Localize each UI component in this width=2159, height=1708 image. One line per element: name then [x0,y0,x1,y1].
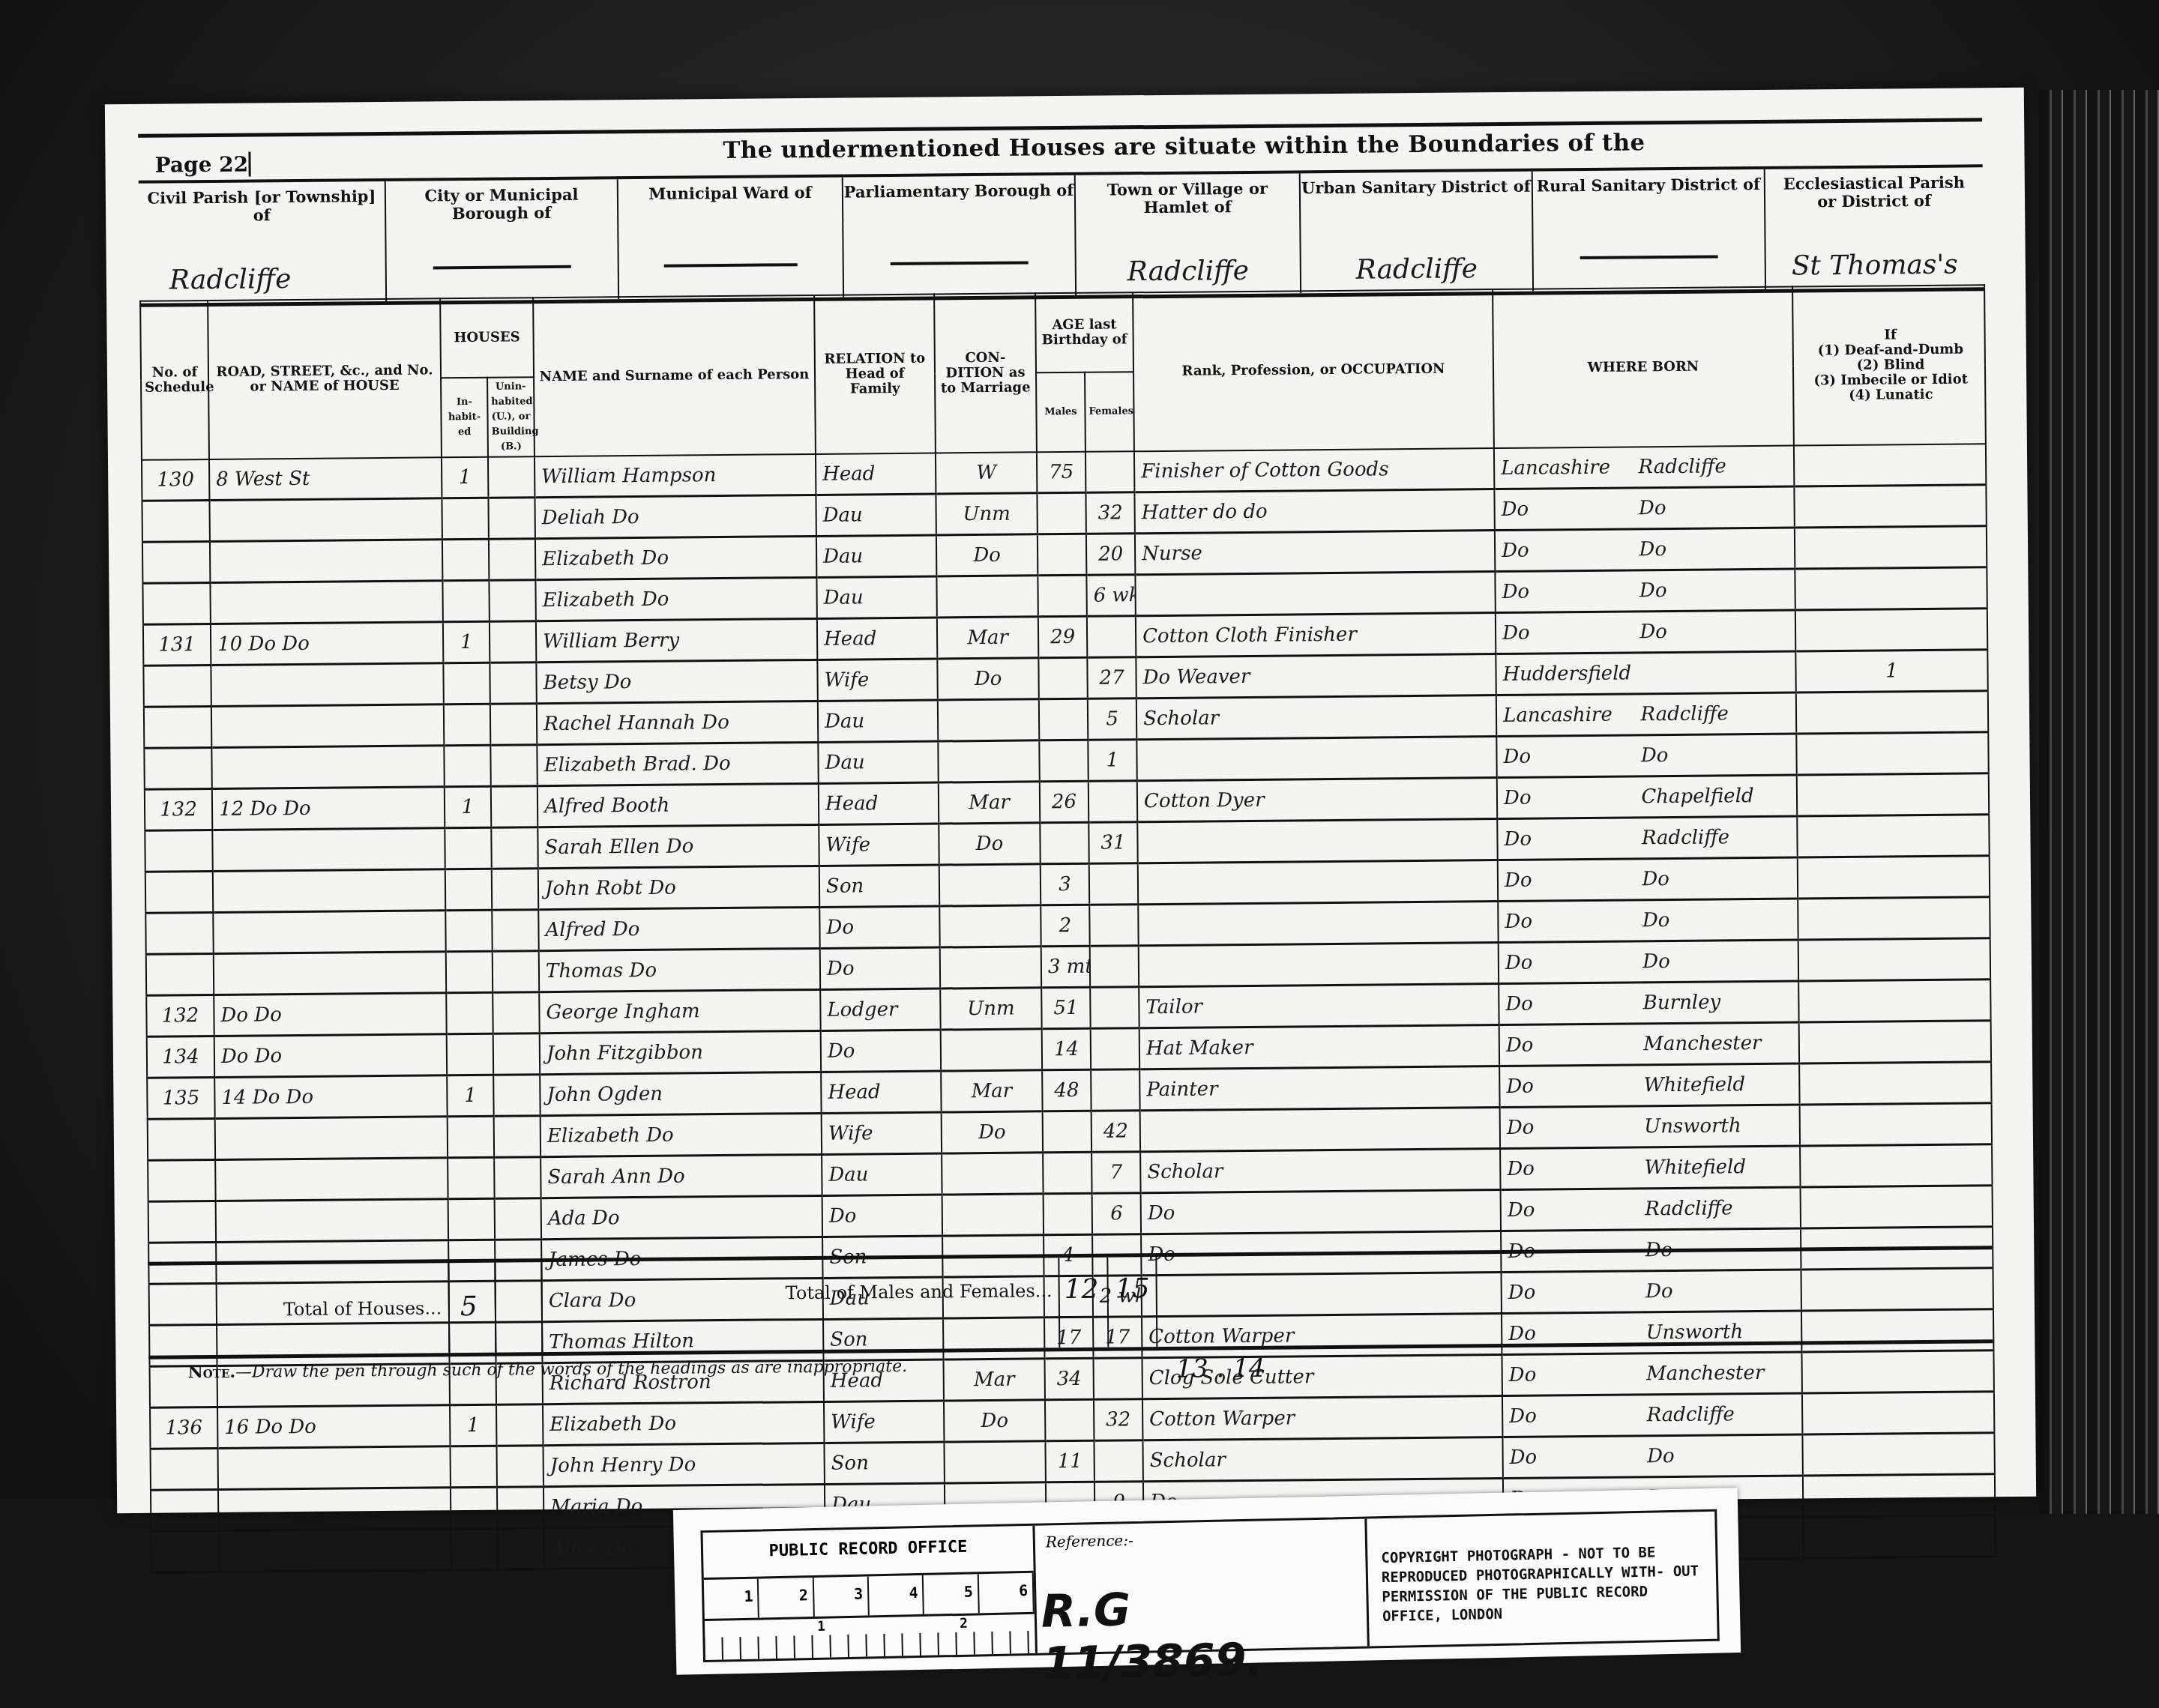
where-born-cell: DoRadcliffe [1502,1393,1802,1437]
name-cell: Ada Do [541,1195,822,1239]
female-age-cell: 32 [1085,492,1134,534]
infirmity-cell [1796,691,1988,734]
name-cell: Betsy Do [536,660,817,703]
relation-cell: Wife [822,1112,942,1154]
admin-label: Town or Village or Hamlet of [1076,173,1299,217]
inhabited-cell [447,1033,493,1075]
male-age-cell: 3 mths [1041,946,1090,988]
copyright-notice: COPYRIGHT PHOTOGRAPH - NOT TO BE REPRODU… [1367,1512,1717,1647]
infirmity-option: (3) Imbecile or Idiot [1800,372,1981,388]
male-age-cell [1038,534,1086,576]
occupation-cell: Finisher of Cotton Goods [1134,448,1494,492]
schedule-cell [145,912,213,954]
male-age-cell: 26 [1040,781,1088,823]
where-born-cell: DoDo [1496,734,1796,777]
infirmity-cell: 1 [1795,650,1987,692]
relation-cell: Head [819,782,939,824]
female-age-cell: 31 [1088,822,1137,864]
admin-label: Civil Parish [or Township] of [139,181,385,226]
born-place: Do [1641,744,1669,767]
address-cell [218,1446,451,1490]
census-sheet: Page 22 The undermentioned Houses are si… [138,118,1993,1437]
born-place: Radcliffe [1646,1403,1735,1426]
admin-ecclesiastical-parish: Ecclesiastical Parish or District of St … [1765,167,1984,289]
occupation-cell [1138,902,1498,946]
occupation-cell [1139,943,1499,987]
address-cell [212,828,445,872]
born-place: Unsworth [1644,1114,1741,1138]
admin-town-village: Town or Village or Hamlet of Radcliffe [1076,173,1301,295]
uninhabited-cell [493,992,539,1034]
scale-cm: 1 2 3 4 5 6 [704,1571,1035,1621]
condition-cell [940,947,1041,989]
born-county: Do [1506,1074,1644,1098]
admin-civil-parish: Civil Parish [or Township] of Radcliffe [139,181,387,304]
label-scale-panel: PUBLIC RECORD OFFICE 1 2 3 4 5 6 1 2 [702,1526,1037,1660]
condition-cell [936,576,1038,618]
relation-cell: Dau [816,576,936,618]
census-table: No. of Schedule ROAD, STREET, &c., and N… [139,284,1996,1573]
schedule-cell [142,542,210,584]
uninhabited-cell [497,1528,543,1570]
male-age-cell [1037,492,1085,534]
occupation-cell [1135,572,1495,616]
born-county: Do [1507,1156,1645,1180]
born-county: Lancashire [1501,456,1639,480]
male-age-cell [1039,740,1088,782]
condition-cell: Do [936,534,1038,576]
male-age-cell [1038,657,1087,699]
female-age-cell: 27 [1087,657,1136,699]
total-houses-label: Total of Houses... [283,1297,442,1320]
male-age-cell: 75 [1037,452,1085,493]
schedule-cell [144,747,211,789]
occupation-cell: Do Weaver [1136,654,1496,698]
schedule-cell [142,583,210,625]
admin-value: St Thomas's [1766,249,1984,282]
male-age-cell [1040,822,1088,864]
address-cell [211,704,444,748]
born-county: Do [1505,868,1642,892]
address-cell [218,1529,451,1572]
male-age-cell: 34 [1045,1358,1094,1400]
where-born-cell: DoDo [1498,857,1798,901]
condition-cell [938,740,1039,782]
admin-label: Rural Sanitary District of [1533,169,1764,196]
inhabited-cell [451,1528,497,1570]
occupation-cell [1140,1108,1500,1152]
inhabited-cell [448,1116,494,1158]
condition-cell [941,1029,1042,1071]
uninhabited-cell [495,1198,541,1240]
condition-cell [939,864,1041,906]
condition-cell: Do [942,1111,1043,1153]
occupation-cell: Scholar [1140,1149,1500,1193]
male-age-cell [1038,575,1086,617]
infirmity-option: (4) Lunatic [1800,387,1981,403]
where-born-cell: DoDo [1494,486,1794,530]
label-reference-panel: Reference:- R.G 11/3869. [1035,1519,1369,1653]
infirmity-cell [1802,1392,1994,1434]
inhabited-cell [442,580,489,622]
address-cell [214,952,446,995]
col-age: AGE last Birthday of [1035,292,1133,372]
admin-municipal-ward: Municipal Ward of [618,178,844,300]
uninhabited-cell [497,1487,543,1529]
inhabited-cell: 1 [450,1404,496,1446]
name-cell: Deliah Do [535,495,816,538]
occupation-cell: Hatter do do [1134,489,1494,534]
female-age-cell [1087,616,1136,658]
pro-title: PUBLIC RECORD OFFICE [703,1536,1033,1562]
relation-cell: Head [816,453,936,495]
inhabited-cell [442,539,489,581]
page-number: Page 22 [154,152,248,178]
address-cell [210,581,442,624]
relation-cell: Son [819,865,939,907]
schedule-cell [151,1489,218,1531]
address-cell: 14 Do Do [214,1075,447,1119]
col-relation: RELATION to Head of Family [814,295,936,454]
born-place: Whitefield [1645,1156,1747,1179]
male-age-cell [1043,1152,1091,1194]
infirmity-cell [1794,485,1986,528]
where-born-cell: DoDo [1498,899,1798,942]
admin-label: Urban Sanitary District of [1301,172,1532,198]
blank-line [663,263,798,268]
uninhabited-cell [490,704,537,746]
uninhabited-cell [488,498,535,540]
name-cell: George Ingham [539,989,820,1033]
schedule-cell [145,871,213,913]
name-cell: John Henry Do [543,1443,824,1486]
relation-cell: Head [821,1071,941,1113]
born-county: Do [1502,538,1639,562]
born-county: Do [1504,827,1642,851]
condition-cell [942,1153,1043,1195]
male-age-cell: 3 [1041,863,1089,905]
relation-cell: Do [821,1030,941,1072]
name-cell: Rachel Hannah Do [537,701,818,744]
admin-municipal-borough: City or Municipal Borough of [386,179,619,301]
inhabited-cell: 1 [442,457,488,498]
scale-tick: 4 [869,1575,924,1616]
admin-label: Municipal Ward of [618,178,842,204]
where-born-cell: DoDo [1496,610,1795,654]
admin-value: Radcliffe [1077,255,1300,288]
blank-line [890,261,1029,265]
address-cell: Do Do [214,993,446,1036]
condition-cell: Mar [941,1070,1042,1112]
occupation-cell: Scholar [1136,695,1496,740]
scale-tick: 2 [960,1616,968,1632]
infirmity-cell [1800,1144,1992,1187]
condition-cell: Unm [936,493,1037,535]
born-county: Do [1505,992,1643,1016]
inhabited-cell [443,663,490,704]
infirmity-cell [1798,980,1990,1022]
infirmity-cell [1795,567,1987,610]
schedule-cell [148,1201,216,1243]
inhabited-cell [451,1487,497,1529]
female-age-cell: 42 [1091,1111,1140,1153]
occupation-cell: Do [1141,1190,1501,1234]
blank-line [433,265,571,270]
female-age-cell [1088,781,1137,823]
infirmity-cell [1803,1515,1995,1558]
label-frame: PUBLIC RECORD OFFICE 1 2 3 4 5 6 1 2 Ref… [700,1509,1719,1662]
admin-label: City or Municipal Borough of [386,179,617,223]
born-place: Whitefield [1644,1073,1746,1096]
born-county: Do [1506,1033,1644,1057]
census-page: Page 22 The undermentioned Houses are si… [105,88,2036,1513]
totals-row: Total of Houses... 5 Total of Males and … [148,1246,1993,1359]
born-place: Do [1647,1445,1675,1467]
total-persons-label: Total of Males and Females... [786,1280,1053,1303]
inhabited-cell [444,704,490,746]
infirmity-cell [1801,1351,1993,1393]
page-heading: The undermentioned Houses are situate wi… [723,129,1645,164]
schedule-cell [151,1448,218,1490]
schedule-cell: 132 [146,995,214,1036]
where-born-cell: DoRadcliffe [1497,816,1797,860]
male-age-cell: 51 [1041,987,1090,1029]
name-cell: John Ogden [540,1072,821,1115]
divider [1106,1258,1109,1348]
born-place: Radcliffe [1638,455,1726,478]
name-cell: Elizabeth Do [535,577,816,621]
condition-cell: Mar [944,1359,1045,1401]
uninhabited-cell [491,786,538,828]
name-cell: Thomas Do [539,948,820,992]
address-cell: 12 Do Do [212,787,445,830]
male-age-cell [1044,1193,1092,1235]
female-age-cell [1094,1358,1142,1400]
schedule-cell: 131 [143,624,211,666]
born-place: Do [1642,868,1669,890]
scale-tick: 6 [978,1573,1034,1614]
schedule-cell [146,953,214,995]
inhabited-cell [445,910,492,952]
bracket [248,151,255,176]
address-cell: Do Do [214,1034,447,1078]
infirmity-cell [1799,1021,1991,1063]
condition-cell: Mar [937,617,1038,659]
occupation-cell: Cotton Warper [1142,1396,1502,1440]
female-age-cell: 7 [1091,1152,1140,1194]
admin-rural-sanitary: Rural Sanitary District of [1533,169,1766,292]
born-county: Do [1509,1363,1647,1386]
col-address: ROAD, STREET, &c., and No. or NAME of HO… [208,298,442,459]
margin-annotation: 13 . 14 [1175,1354,1265,1384]
admin-areas: Civil Parish [or Township] of Radcliffe … [139,164,1984,307]
relation-cell: Dau [818,700,938,742]
where-born-cell: DoUnsworth [1500,1105,1800,1148]
occupation-cell [1137,819,1497,863]
male-age-cell: 14 [1042,1028,1091,1070]
name-cell: Elizabeth Do [540,1113,822,1156]
female-age-cell [1090,946,1139,988]
schedule-cell: 135 [147,1077,214,1119]
born-county: Do [1510,1445,1648,1469]
address-cell [218,1488,451,1531]
where-born-cell: LancashireRadcliffe [1494,446,1794,489]
infirmity-cell [1798,938,1990,981]
note-prefix: Note. [188,1363,236,1383]
relation-cell: Do [822,1195,942,1237]
female-age-cell: 5 [1088,698,1136,740]
inhabited-cell [445,869,492,911]
address-cell [209,498,442,542]
uninhabited-cell [494,1157,540,1199]
born-place: Do [1639,579,1667,602]
where-born-cell: DoDo [1502,1434,1802,1478]
uninhabited-cell [494,1116,540,1158]
address-cell [210,540,442,583]
occupation-cell: Hat Maker [1139,1025,1499,1069]
infirmity-cell [1798,856,1990,899]
uninhabited-cell [492,910,538,952]
female-age-cell: 6 wks [1086,575,1135,617]
relation-cell: Wife [819,824,939,866]
female-age-cell: 1 [1088,740,1136,782]
schedule-cell: 136 [150,1407,217,1449]
female-age-cell [1091,1028,1139,1070]
born-county: Do [1505,909,1642,933]
inhabited-cell [450,1446,496,1488]
schedule-cell: 130 [142,459,209,501]
born-county: Do [1502,621,1640,645]
condition-cell: W [936,452,1037,494]
female-age-cell [1090,987,1139,1029]
condition-cell [938,699,1039,741]
name-cell: Elizabeth Do [543,1401,824,1445]
infirmity-cell [1797,815,1989,857]
infirmity-cell [1798,897,1990,940]
public-record-office-label: PUBLIC RECORD OFFICE 1 2 3 4 5 6 1 2 Ref… [673,1488,1741,1675]
relation-cell: Wife [817,659,937,701]
address-cell: 8 West St [209,457,442,500]
admin-label: Parliamentary Borough of [843,175,1074,202]
address-cell [215,1158,448,1201]
born-place: Do [1639,538,1666,561]
name-cell: John Fitzgibbon [540,1030,821,1074]
scale-tick: 1 [817,1619,825,1635]
uninhabited-cell [490,745,537,787]
male-age-cell [1039,698,1088,740]
census-table-wrap: No. of Schedule ROAD, STREET, &c., and N… [139,284,1995,1573]
inhabited-cell [446,992,493,1034]
col-inhabited: In-habit-ed [441,378,488,458]
schedule-cell [143,665,211,707]
female-age-cell: 20 [1086,534,1135,576]
where-born-cell: DoManchester [1502,1352,1802,1395]
col-where-born: WHERE BORN [1493,287,1794,448]
col-name: NAME and Surname of each Person [533,295,816,456]
uninhabited-cell [493,1075,540,1117]
infirmity-cell [1797,773,1989,816]
address-cell: 16 Do Do [217,1405,450,1449]
uninhabited-cell [496,1446,543,1488]
infirmity-cell [1795,526,1987,569]
relation-cell: Dau [816,494,936,536]
infirmity-cell [1800,1103,1992,1146]
admin-value: Radcliffe [139,263,385,296]
address-cell [213,869,445,913]
relation-cell: Do [820,947,940,989]
total-houses-value: 5 [460,1291,478,1322]
born-place: Manchester [1643,1032,1761,1055]
admin-urban-sanitary: Urban Sanitary District of Radcliffe [1301,172,1534,294]
col-males: Males [1036,372,1085,453]
col-infirmity: If (1) Deaf-and-Dumb (2) Blind (3) Imbec… [1792,285,1986,445]
divider [494,1263,496,1353]
col-uninhabited: Unin-habited (U.), or Building (B.) [487,377,535,457]
condition-cell: Unm [940,988,1041,1030]
occupation-cell: Tailor [1139,984,1499,1028]
infirmity-option: (1) Deaf-and-Dumb [1800,342,1981,358]
where-born-cell: DoManchester [1499,1022,1799,1066]
born-county: Do [1508,1198,1645,1222]
inhabited-cell [448,1157,494,1199]
born-county: Do [1507,1115,1645,1139]
occupation-cell [1138,860,1498,905]
name-cell: John Robt Do [538,866,819,909]
name-cell: Sarah Ellen Do [538,824,819,868]
name-cell: Elizabeth Brad. Do [537,742,818,785]
uninhabited-cell [489,539,535,581]
occupation-cell: Cotton Cloth Finisher [1136,613,1496,657]
address-cell [211,663,443,707]
relation-cell: Wife [824,1401,944,1443]
born-county: Do [1509,1404,1647,1428]
col-occupation: Rank, Profession, or OCCUPATION [1133,289,1494,451]
where-born-cell: LancashireRadcliffe [1496,692,1796,736]
admin-label: Ecclesiastical Parish or District of [1765,167,1983,211]
condition-cell: Do [939,823,1040,865]
total-females-value: 15 [1115,1273,1150,1304]
where-born-cell: DoWhitefield [1500,1146,1800,1189]
uninhabited-cell [493,951,539,993]
condition-cell [939,905,1041,947]
condition-cell: Mar [939,782,1040,824]
name-cell: Alfred Booth [538,783,819,827]
where-born-cell: DoBurnley [1499,981,1798,1025]
inhabited-cell: 1 [443,621,490,663]
born-place: Do [1639,497,1666,519]
female-age-cell [1089,863,1138,905]
condition-cell [944,1441,1045,1483]
where-born-cell: DoDo [1495,528,1795,571]
male-age-cell: 48 [1042,1069,1091,1111]
schedule-cell [142,501,209,543]
scale-tick: 5 [924,1574,979,1614]
born-place: Do [1642,950,1670,973]
occupation-cell: Cotton Dyer [1137,778,1497,822]
female-age-cell: 6 [1092,1193,1141,1235]
male-age-cell: 2 [1041,905,1089,947]
relation-cell: Do [819,906,939,948]
inhabited-cell [448,1198,495,1240]
address-cell: 10 Do Do [211,622,443,666]
page-label: Page 22 [154,151,255,177]
name-cell: William Hampson [535,454,816,498]
male-age-cell [1043,1111,1091,1153]
relation-cell: Dau [822,1153,942,1195]
infirmity-cell [1794,444,1986,486]
born-county: Do [1503,744,1641,768]
uninhabited-cell [488,456,535,498]
